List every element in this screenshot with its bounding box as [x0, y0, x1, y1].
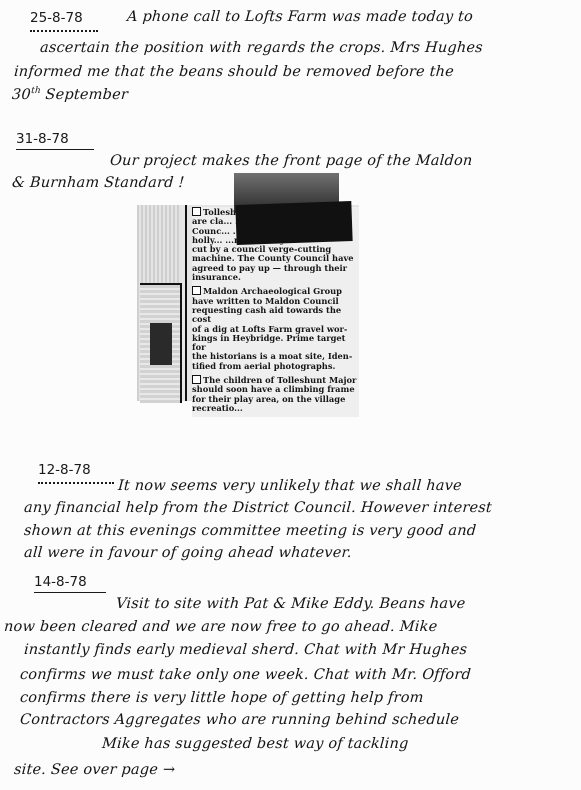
clipping-paragraph: The children of Tolleshunt Major should …: [192, 375, 359, 413]
entry-date: 12-8-78: [38, 462, 91, 478]
entry-line: Mike has suggested best way of tackling: [101, 736, 409, 752]
entry-line: confirms there is very little hope of ge…: [19, 690, 424, 706]
entry-line: all were in favour of going ahead whatev…: [23, 545, 352, 561]
bullet-box-icon: [192, 375, 201, 384]
date-underline: [34, 592, 106, 593]
entry-line: Our project makes the front page of the …: [109, 153, 473, 169]
entry-line: instantly finds early medieval sherd. Ch…: [23, 642, 467, 658]
bullet-box-icon: [192, 286, 201, 295]
entry-line: now been cleared and we are now free to …: [3, 619, 438, 635]
column-rule: [185, 205, 187, 401]
clipping-photo-column: [137, 205, 181, 401]
entry-line: Visit to site with Pat & Mike Eddy. Bean…: [115, 596, 466, 612]
entry-date: 31-8-78: [16, 131, 69, 147]
redaction-block: [235, 201, 352, 245]
entry-line: It now seems very unlikely that we shall…: [117, 478, 462, 494]
entry-line: Contractors Aggregates who are running b…: [19, 712, 459, 728]
diary-page: 25-8-78 A phone call to Lofts Farm was m…: [0, 0, 581, 790]
clipping-paragraph: Maldon Archaeological Group have written…: [192, 286, 359, 371]
clipping-photo-figure: [150, 323, 172, 365]
clipping-photo: [140, 283, 182, 403]
entry-date: 14-8-78: [34, 574, 87, 590]
entry-line: A phone call to Lofts Farm was made toda…: [126, 9, 473, 25]
entry-line: shown at this evenings committee meeting…: [23, 523, 476, 539]
entry-line: any financial help from the District Cou…: [23, 500, 492, 516]
date-underline: [30, 30, 98, 32]
entry-line: site. See over page →: [13, 762, 175, 778]
entry-date: 25-8-78: [30, 10, 83, 26]
bullet-box-icon: [192, 207, 201, 216]
entry-line: ascertain the position with regards the …: [39, 40, 483, 56]
entry-line: confirms we must take only one week. Cha…: [19, 667, 471, 683]
date-underline: [16, 149, 94, 150]
entry-line: informed me that the beans should be rem…: [13, 64, 454, 80]
entry-line: & Burnham Standard !: [11, 175, 185, 191]
entry-line-last: 30th September: [11, 86, 128, 103]
date-underline: [38, 482, 114, 484]
